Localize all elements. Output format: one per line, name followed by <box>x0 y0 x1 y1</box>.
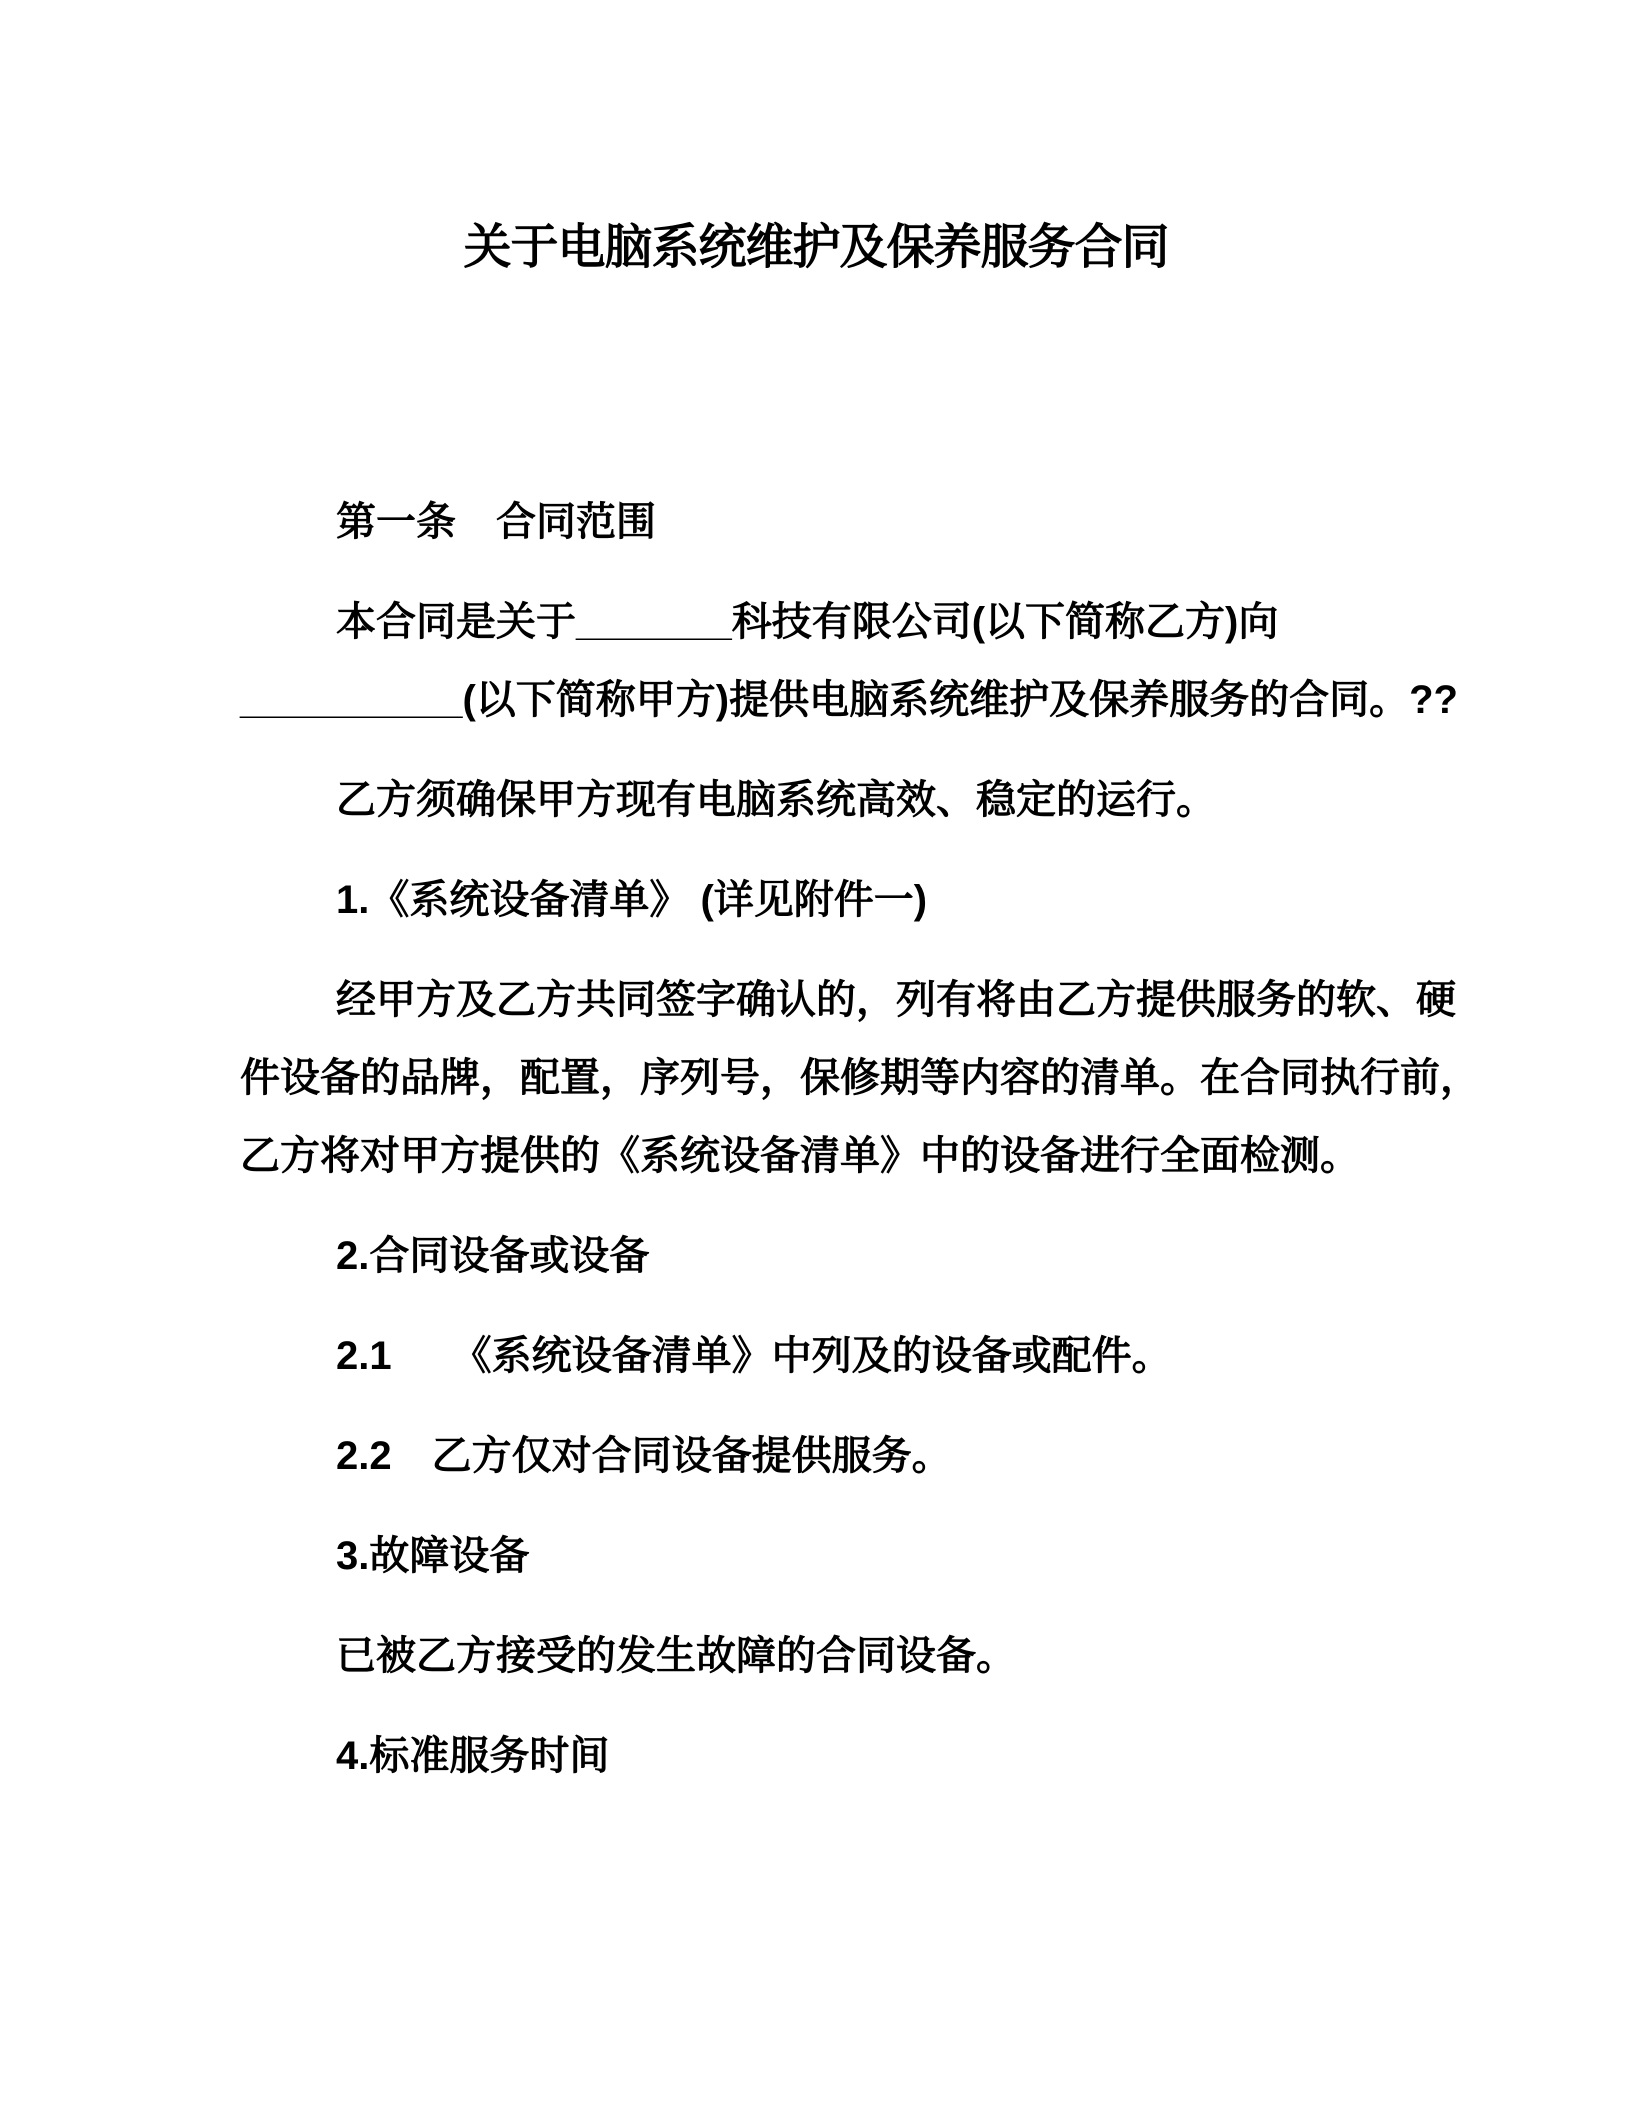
item-1-body-line-1: 经甲方及乙方共同签字确认的，列有将由乙方提供服务的软、硬 <box>240 961 1422 1039</box>
document-page: 关于电脑系统维护及保养服务合同 第一条 合同范围 本合同是关于_______科技… <box>0 0 1632 2112</box>
item-2-1-para: 2.1 《系统设备清单》中列及的设备或配件。 <box>240 1317 1422 1395</box>
item-4-heading-para: 4.标准服务时间 <box>240 1717 1422 1795</box>
item-2-1-line: 2.1 《系统设备清单》中列及的设备或配件。 <box>240 1317 1422 1395</box>
item-2-heading: 2.合同设备或设备 <box>240 1217 1422 1295</box>
article-1-heading: 第一条 合同范围 <box>240 483 1422 561</box>
document-title: 关于电脑系统维护及保养服务合同 <box>0 218 1632 278</box>
item-3-body-line: 已被乙方接受的发生故障的合同设备。 <box>240 1617 1422 1695</box>
service-guarantee-para: 乙方须确保甲方现有电脑系统高效、稳定的运行。 <box>240 761 1422 839</box>
service-guarantee-line: 乙方须确保甲方现有电脑系统高效、稳定的运行。 <box>240 761 1422 839</box>
contract-scope-line-2: __________(以下简称甲方)提供电脑系统维护及保养服务的合同。?? <box>240 661 1422 739</box>
article-1-heading-para: 第一条 合同范围 <box>240 483 1422 561</box>
item-2-2-para: 2.2 乙方仅对合同设备提供服务。 <box>240 1417 1422 1495</box>
item-1-heading: 1.《系统设备清单》 (详见附件一) <box>240 861 1422 939</box>
item-2-2-line: 2.2 乙方仅对合同设备提供服务。 <box>240 1417 1422 1495</box>
item-1-body-para: 经甲方及乙方共同签字确认的，列有将由乙方提供服务的软、硬 件设备的品牌，配置，序… <box>240 961 1422 1195</box>
item-4-heading: 4.标准服务时间 <box>240 1717 1422 1795</box>
document-body: 第一条 合同范围 本合同是关于_______科技有限公司(以下简称乙方)向 __… <box>240 483 1422 1795</box>
item-3-heading-para: 3.故障设备 <box>240 1517 1422 1595</box>
item-2-heading-para: 2.合同设备或设备 <box>240 1217 1422 1295</box>
contract-scope-line-1: 本合同是关于_______科技有限公司(以下简称乙方)向 <box>240 583 1422 661</box>
contract-scope-para: 本合同是关于_______科技有限公司(以下简称乙方)向 __________(… <box>240 583 1422 739</box>
item-3-heading: 3.故障设备 <box>240 1517 1422 1595</box>
item-1-body-line-2: 件设备的品牌，配置，序列号，保修期等内容的清单。在合同执行前， <box>240 1039 1422 1117</box>
item-1-heading-para: 1.《系统设备清单》 (详见附件一) <box>240 861 1422 939</box>
item-1-body-line-3: 乙方将对甲方提供的《系统设备清单》中的设备进行全面检测。 <box>240 1117 1422 1195</box>
item-3-body-para: 已被乙方接受的发生故障的合同设备。 <box>240 1617 1422 1695</box>
